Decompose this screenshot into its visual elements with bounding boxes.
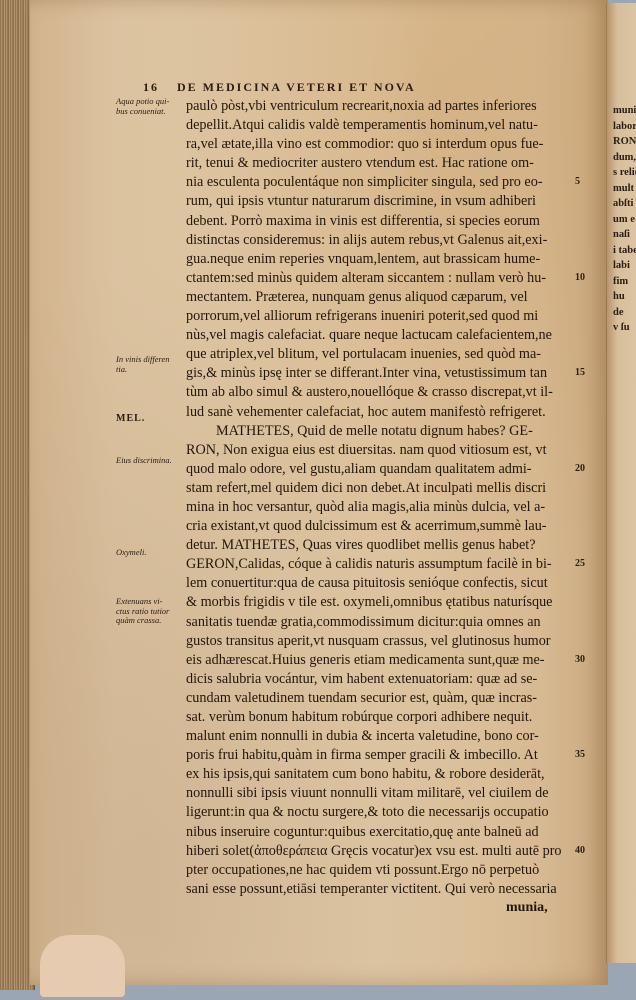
facing-page-fragment: fim xyxy=(613,274,636,290)
margin-note-eius: Eius discrimina. xyxy=(116,456,184,466)
text-line: lud sanè vehementer calefaciat, hoc aute… xyxy=(186,403,561,422)
facing-page-fragment: dum, xyxy=(613,150,636,166)
facing-page-text: munialaborRON,dum,s reliquemultabſtium e… xyxy=(613,103,636,336)
thumb-mask xyxy=(40,935,125,997)
text-line: stam refert,mel quidem dici non debet.At… xyxy=(186,479,561,498)
text-line: rum, qui ipsis vtuntur naturarum discrim… xyxy=(186,192,561,211)
text-line: ra,vel ætate,illa vino est commodior: qu… xyxy=(186,135,561,154)
text-line: quod malo odore, vel gustu,aliam quandam… xyxy=(186,460,561,479)
text-line: lem conuertitur:qua de causa pituitosis … xyxy=(186,574,561,593)
facing-page-fragment: labi xyxy=(613,258,636,274)
facing-page-fragment: abſti xyxy=(613,196,636,212)
text-line: GERON,Calidas, cóque à calidis naturis a… xyxy=(186,555,561,574)
text-line: distinctas consideremus: in alijs autem … xyxy=(186,231,561,250)
text-line: porrorum,vel alliorum refrigerans inueni… xyxy=(186,307,561,326)
line-number: 30 xyxy=(575,654,585,665)
text-line: tùm ab albo simul & austero,nouellóque &… xyxy=(186,383,561,402)
facing-page-fragment: labor xyxy=(613,119,636,135)
text-line: ex his ipsis,qui sanitatem cum bono habi… xyxy=(186,765,561,784)
margin-note-line: Eius discrimina. xyxy=(116,456,184,466)
text-line: nonnulli sibi ipsis viuunt nonnulli vita… xyxy=(186,784,561,803)
book-spread: munialaborRON,dum,s reliquemultabſtium e… xyxy=(0,0,636,990)
text-line: eis adhærescat.Huius generis etiam medic… xyxy=(186,651,561,670)
text-line: sani esse possunt,etiāsi temperanter vic… xyxy=(186,880,561,899)
facing-page-fragment: um e xyxy=(613,212,636,228)
facing-page-fragment: i tabe xyxy=(613,243,636,259)
margin-note-mel: MEL. xyxy=(116,414,184,424)
text-line: gustos transitus aperit,vt nusquam crass… xyxy=(186,632,561,651)
text-line: hiberi solet(ἀποθεράπεια Gręcis vocatur)… xyxy=(186,842,561,861)
text-line: nia esculenta poculentáque non simplicit… xyxy=(186,173,561,192)
text-line: cundam valetudinem tuendam securior est,… xyxy=(186,689,561,708)
line-number: 20 xyxy=(575,463,585,474)
text-line: sanitatis tuendæ gratia,commodissimum di… xyxy=(186,613,561,632)
running-title: DE MEDICINA VETERI ET NOVA xyxy=(177,80,416,95)
text-line: ligerunt:in qua & noctu surgere,& toto d… xyxy=(186,803,561,822)
facing-page-fragment: munia xyxy=(613,103,636,119)
facing-page-fragment: s relique xyxy=(613,165,636,181)
line-number: 25 xyxy=(575,558,585,569)
text-line: rit, tenui & mediocriter austero vtendum… xyxy=(186,154,561,173)
text-line: cria existant,vt quod dulcissimum est & … xyxy=(186,517,561,536)
facing-page-fragment: v ſu xyxy=(613,320,636,336)
margin-note-line: Oxymeli. xyxy=(116,548,184,558)
text-line: & morbis frigidis v tile est. oxymeli,om… xyxy=(186,593,561,612)
margin-note-aqua: Aqua potio qui-bus conueniat. xyxy=(116,97,184,116)
text-line: depellit.Atqui calidis valdè temperament… xyxy=(186,116,561,135)
text-line: ctantem:sed minùs quidem alteram siccant… xyxy=(186,269,561,288)
margin-note-oxymeli: Oxymeli. xyxy=(116,548,184,558)
facing-page-fragment: hu xyxy=(613,289,636,305)
page-number: 16 xyxy=(143,80,159,95)
margin-note-line: bus conueniat. xyxy=(116,107,184,117)
text-line: mina in hoc versantur, quòd alia magis,a… xyxy=(186,498,561,517)
text-line: pter occupationes,ne hac quidem vti poss… xyxy=(186,861,561,880)
text-line: nùs,vel magis calefaciat. quare neque la… xyxy=(186,326,561,345)
facing-page-fragment: de xyxy=(613,305,636,321)
margin-note-line: tia. xyxy=(116,365,184,375)
text-line: dicis salubria vocántur, vim habent exte… xyxy=(186,670,561,689)
text-line: RON, Non exigua eius est diuersitas. nam… xyxy=(186,441,561,460)
facing-page-edge: munialaborRON,dum,s reliquemultabſtium e… xyxy=(606,3,636,963)
text-line: debent. Porrò maxima in vinis est differ… xyxy=(186,212,561,231)
margin-note-extenuans: Extenuans vi-ctus ratio tutiorquàm crass… xyxy=(116,597,184,626)
text-line: detur. MATHETES, Quas vires quodlibet me… xyxy=(186,536,561,555)
body-text: paulò pòst,vbi ventriculum recrearit,nox… xyxy=(186,97,561,899)
text-line: nibus inseruire coguntur:quibus exercita… xyxy=(186,823,561,842)
text-line: poris frui habitu,quàm in firma semper g… xyxy=(186,746,561,765)
text-line: paulò pòst,vbi ventriculum recrearit,nox… xyxy=(186,97,561,116)
text-line: sat. verùm bonum habitum robúrque corpor… xyxy=(186,708,561,727)
text-line: gua.neque enim reperies vnquam,lentem, a… xyxy=(186,250,561,269)
facing-page-fragment: naſi xyxy=(613,227,636,243)
line-number: 40 xyxy=(575,845,585,856)
facing-page-fragment: RON, xyxy=(613,134,636,150)
text-line: que atriplex,vel blitum, vel portulacam … xyxy=(186,345,561,364)
catchword: munia, xyxy=(506,900,548,916)
margin-note-line: quàm crassa. xyxy=(116,616,184,626)
line-number: 5 xyxy=(575,176,580,187)
text-line: gis,& minùs ipsę inter se differant.Inte… xyxy=(186,364,561,383)
line-number: 10 xyxy=(575,272,585,283)
margin-note-line: MEL. xyxy=(116,414,184,424)
facing-page-fragment: mult xyxy=(613,181,636,197)
text-line: malunt enim nonnulli in dubia & incerta … xyxy=(186,727,561,746)
margin-note-vinis: In vinis differentia. xyxy=(116,355,184,374)
line-number: 35 xyxy=(575,749,585,760)
text-line: MATHETES, Quid de melle notatu dignum ha… xyxy=(186,422,561,441)
line-number: 15 xyxy=(575,367,585,378)
text-line: mectantem. Præterea, nunquam genus aliqu… xyxy=(186,288,561,307)
